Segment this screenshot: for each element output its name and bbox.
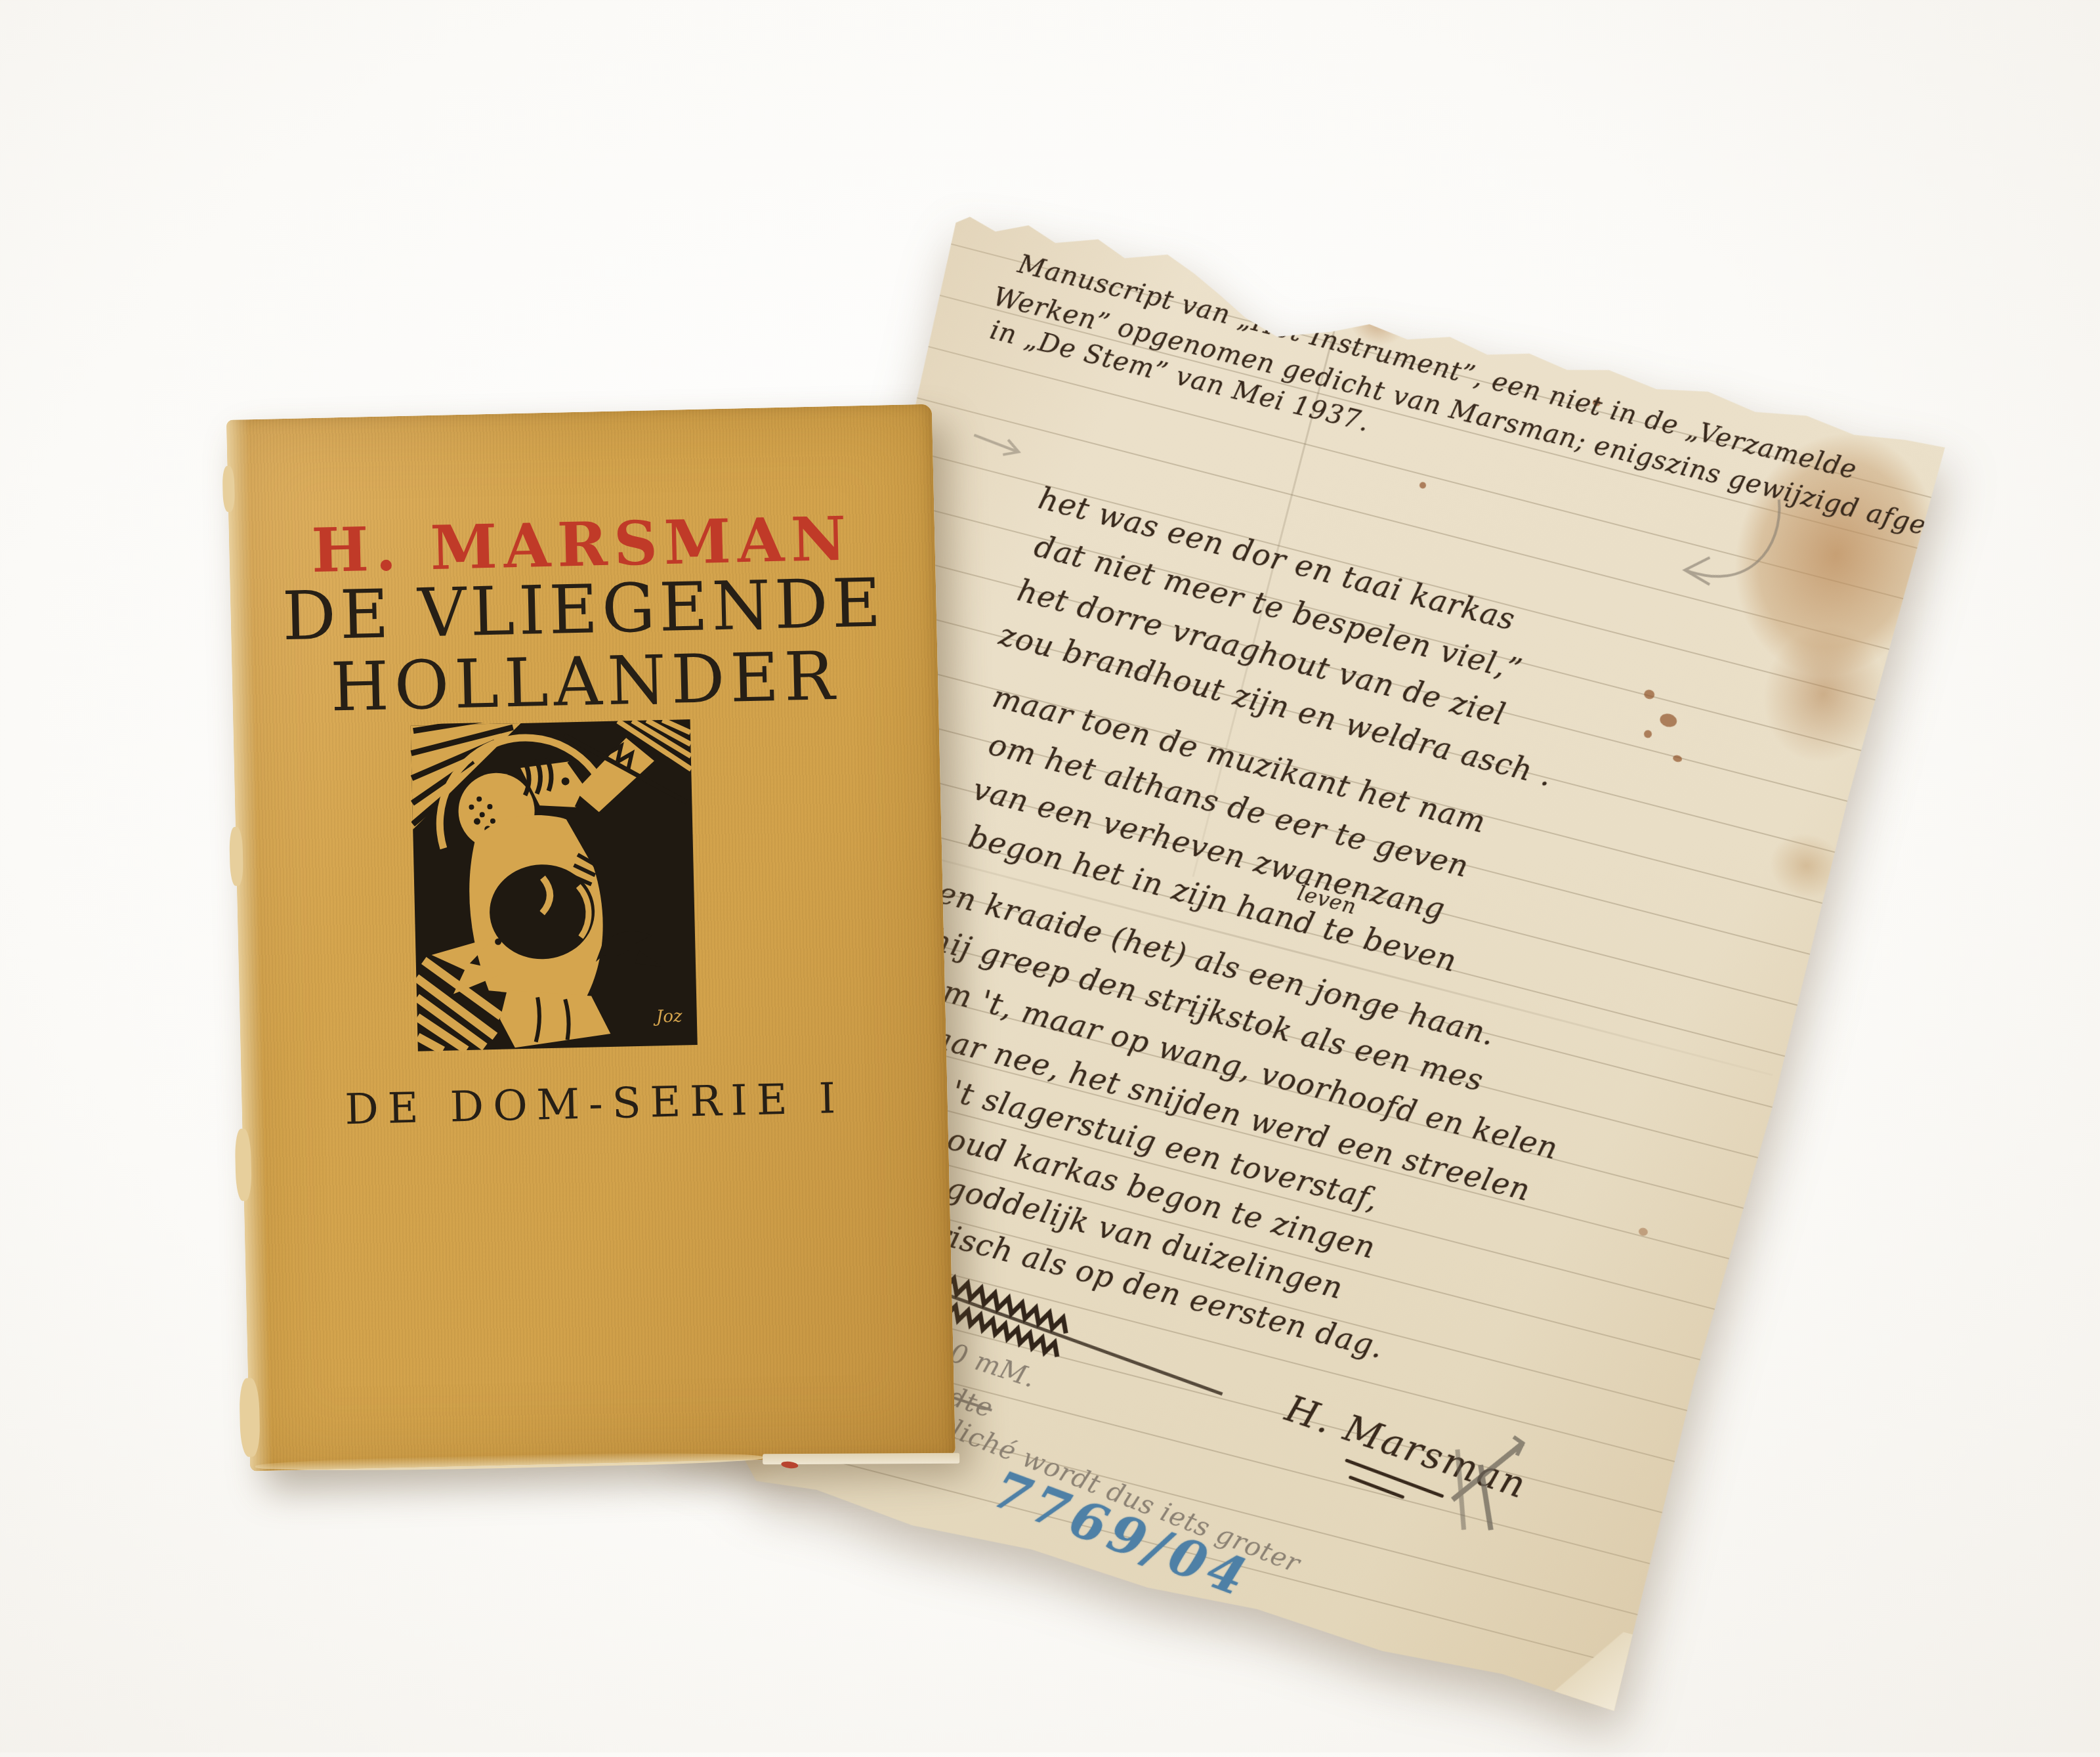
rust-speck bbox=[1643, 688, 1656, 700]
book-cover: H. MARSMAN DE VLIEGENDE HOLLANDER bbox=[226, 404, 955, 1471]
rust-speck bbox=[1658, 712, 1678, 729]
book-series: DE DOM-SERIE I bbox=[241, 1072, 948, 1136]
pencil-arrow-icon bbox=[967, 425, 1031, 465]
woodcut-monogram: Joz bbox=[652, 1006, 682, 1027]
rust-speck bbox=[1419, 481, 1427, 489]
spine-chip bbox=[239, 1378, 261, 1457]
woodcut-illustration: Joz bbox=[409, 718, 699, 1053]
edge-stain bbox=[1744, 808, 1868, 923]
rust-speck bbox=[1638, 1227, 1649, 1237]
rust-speck bbox=[1643, 729, 1653, 739]
spine-chip bbox=[222, 466, 236, 512]
photo-stage: Manuscript van „Het Instrument”, een nie… bbox=[0, 0, 2100, 1752]
book-title-line2: HOLLANDER bbox=[232, 635, 938, 729]
dog-ear-fold bbox=[1522, 1611, 1637, 1712]
spine-chip bbox=[229, 827, 243, 886]
rust-speck bbox=[1672, 754, 1683, 763]
